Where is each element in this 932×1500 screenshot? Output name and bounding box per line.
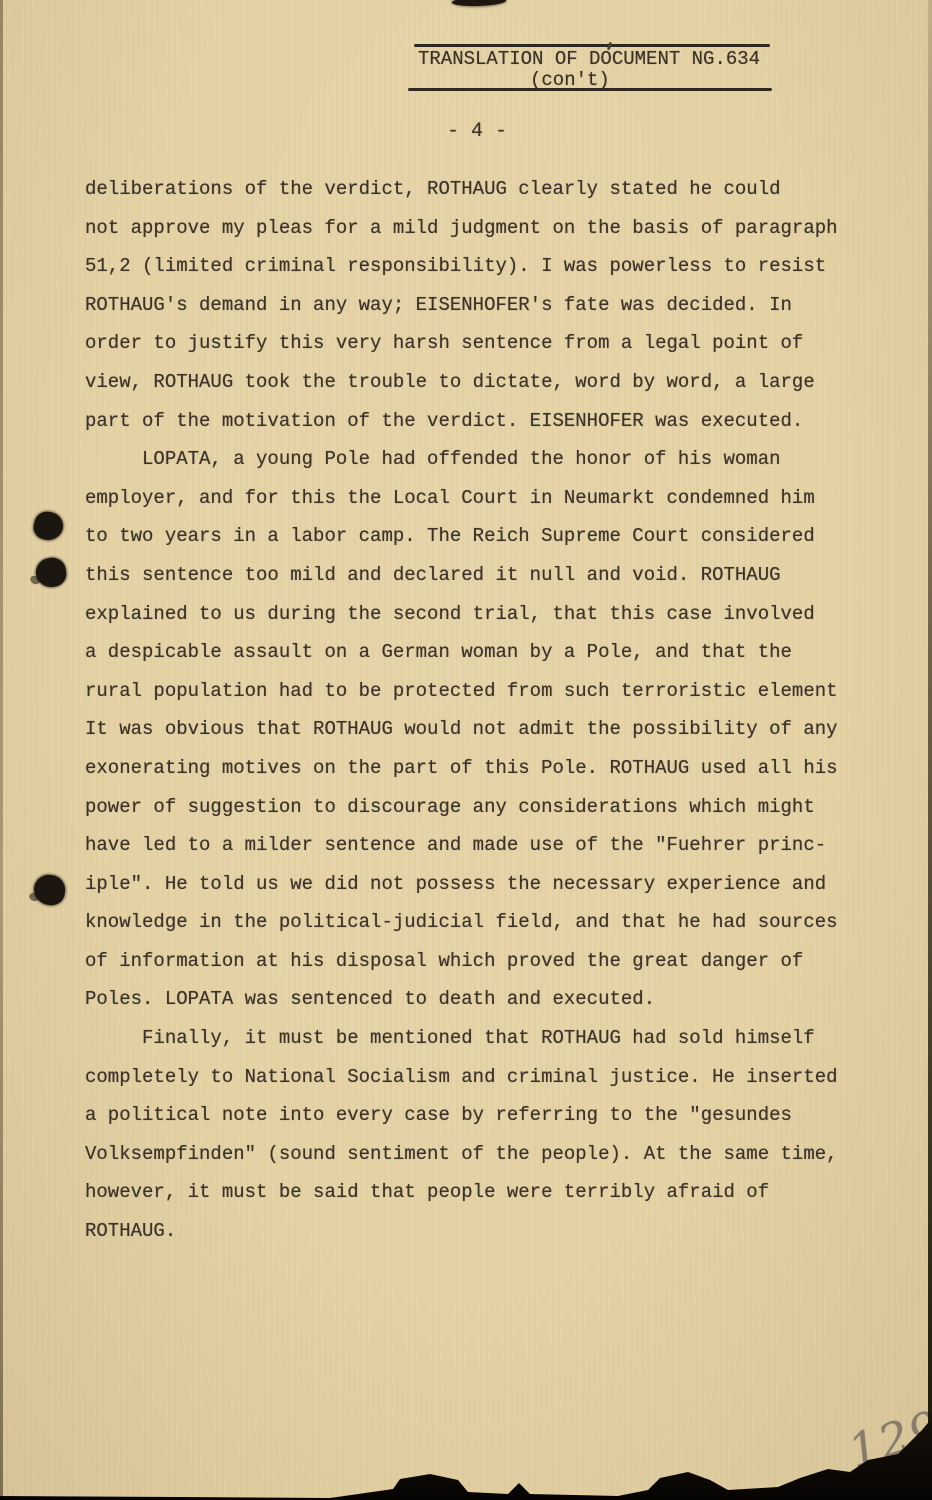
paragraph: Finally, it must be mentioned that ROTHA…: [85, 1019, 875, 1251]
text-line: part of the motivation of the verdict. E…: [85, 402, 875, 441]
text-line: order to justify this very harsh sentenc…: [85, 324, 875, 363]
paragraph: deliberations of the verdict, ROTHAUG cl…: [85, 170, 875, 440]
text-line: this sentence too mild and declared it n…: [85, 556, 875, 595]
text-line: Poles. LOPATA was sentenced to death and…: [85, 980, 875, 1019]
text-line: completely to National Socialism and cri…: [85, 1058, 875, 1097]
header-rule-top: [414, 44, 770, 47]
text-line: deliberations of the verdict, ROTHAUG cl…: [85, 170, 875, 209]
text-line: knowledge in the political-judicial fiel…: [85, 903, 875, 942]
torn-edge-top: [452, 0, 506, 7]
text-line: to two years in a labor camp. The Reich …: [85, 517, 875, 556]
header-rule-bottom: [408, 88, 772, 91]
text-line: employer, and for this the Local Court i…: [85, 479, 875, 518]
text-line: rural population had to be protected fro…: [85, 672, 875, 711]
header-title: TRANSLATION OF DOCUMENT NG.634: [418, 48, 772, 70]
text-line: Finally, it must be mentioned that ROTHA…: [85, 1019, 875, 1058]
text-line: iple". He told us we did not possess the…: [85, 865, 875, 904]
text-line: exonerating motives on the part of this …: [85, 749, 875, 788]
page-edge-left: [0, 0, 3, 1500]
text-line: explained to us during the second trial,…: [85, 595, 875, 634]
text-line: not approve my pleas for a mild judgment…: [85, 209, 875, 248]
document-page: TRANSLATION OF DOCUMENT NG.634 (con't) -…: [0, 0, 932, 1500]
text-line: have led to a milder sentence and made u…: [85, 826, 875, 865]
ink-blot: [34, 556, 68, 589]
text-line: ROTHAUG's demand in any way; EISENHOFER'…: [85, 286, 875, 325]
document-body: deliberations of the verdict, ROTHAUG cl…: [85, 170, 875, 1251]
text-line: however, it must be said that people wer…: [85, 1173, 875, 1212]
page-number: - 4 -: [447, 120, 507, 143]
ink-blot: [33, 874, 66, 907]
text-line: a despicable assault on a German woman b…: [85, 633, 875, 672]
ink-blot: [31, 509, 65, 542]
text-line: view, ROTHAUG took the trouble to dictat…: [85, 363, 875, 402]
text-line: It was obvious that ROTHAUG would not ad…: [85, 710, 875, 749]
text-line: ROTHAUG.: [85, 1212, 875, 1251]
text-line: Volksempfinden" (sound sentiment of the …: [85, 1135, 875, 1174]
text-line: of information at his disposal which pro…: [85, 942, 875, 981]
page-edge-right: [928, 0, 932, 1500]
text-line: 51,2 (limited criminal responsibility). …: [85, 247, 875, 286]
text-line: LOPATA, a young Pole had offended the ho…: [85, 440, 875, 479]
text-line: power of suggestion to discourage any co…: [85, 788, 875, 827]
paragraph: LOPATA, a young Pole had offended the ho…: [85, 440, 875, 1019]
text-line: a political note into every case by refe…: [85, 1096, 875, 1135]
torn-edge-bottom: [0, 1410, 932, 1500]
